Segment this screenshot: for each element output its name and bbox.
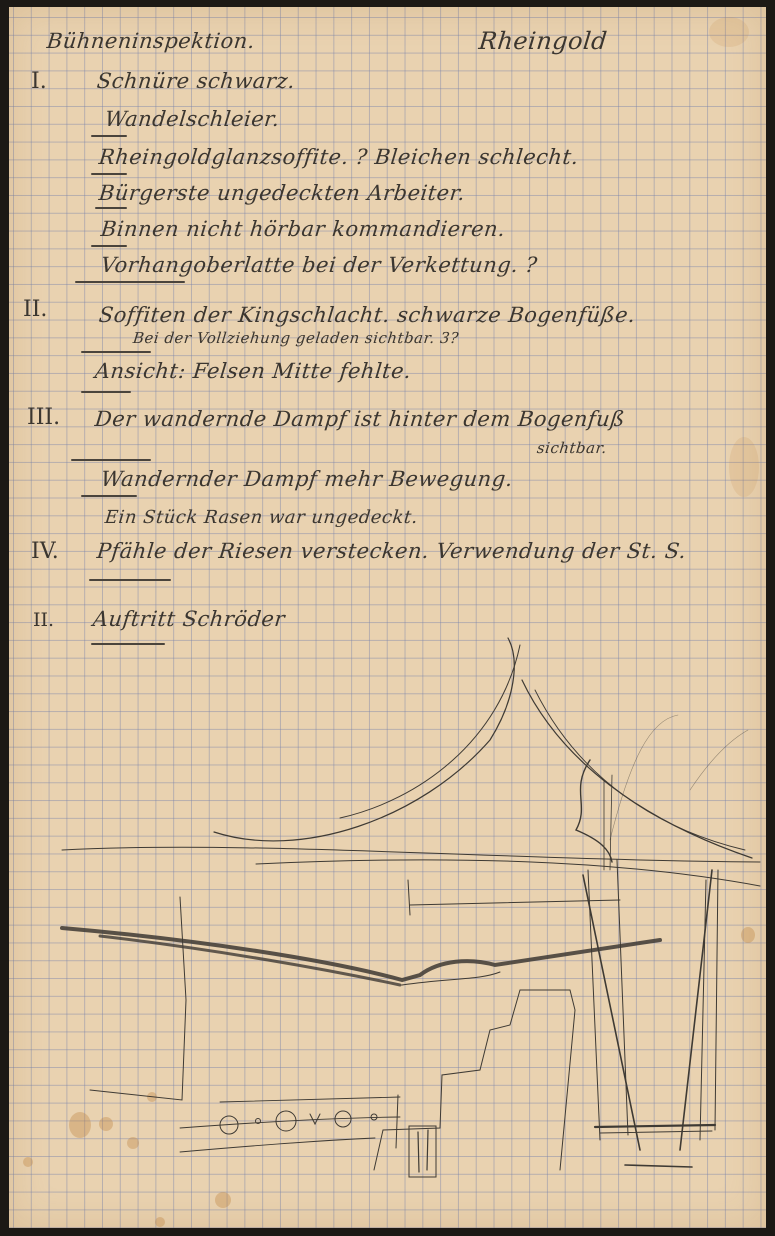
stage-sketch	[0, 0, 775, 1236]
